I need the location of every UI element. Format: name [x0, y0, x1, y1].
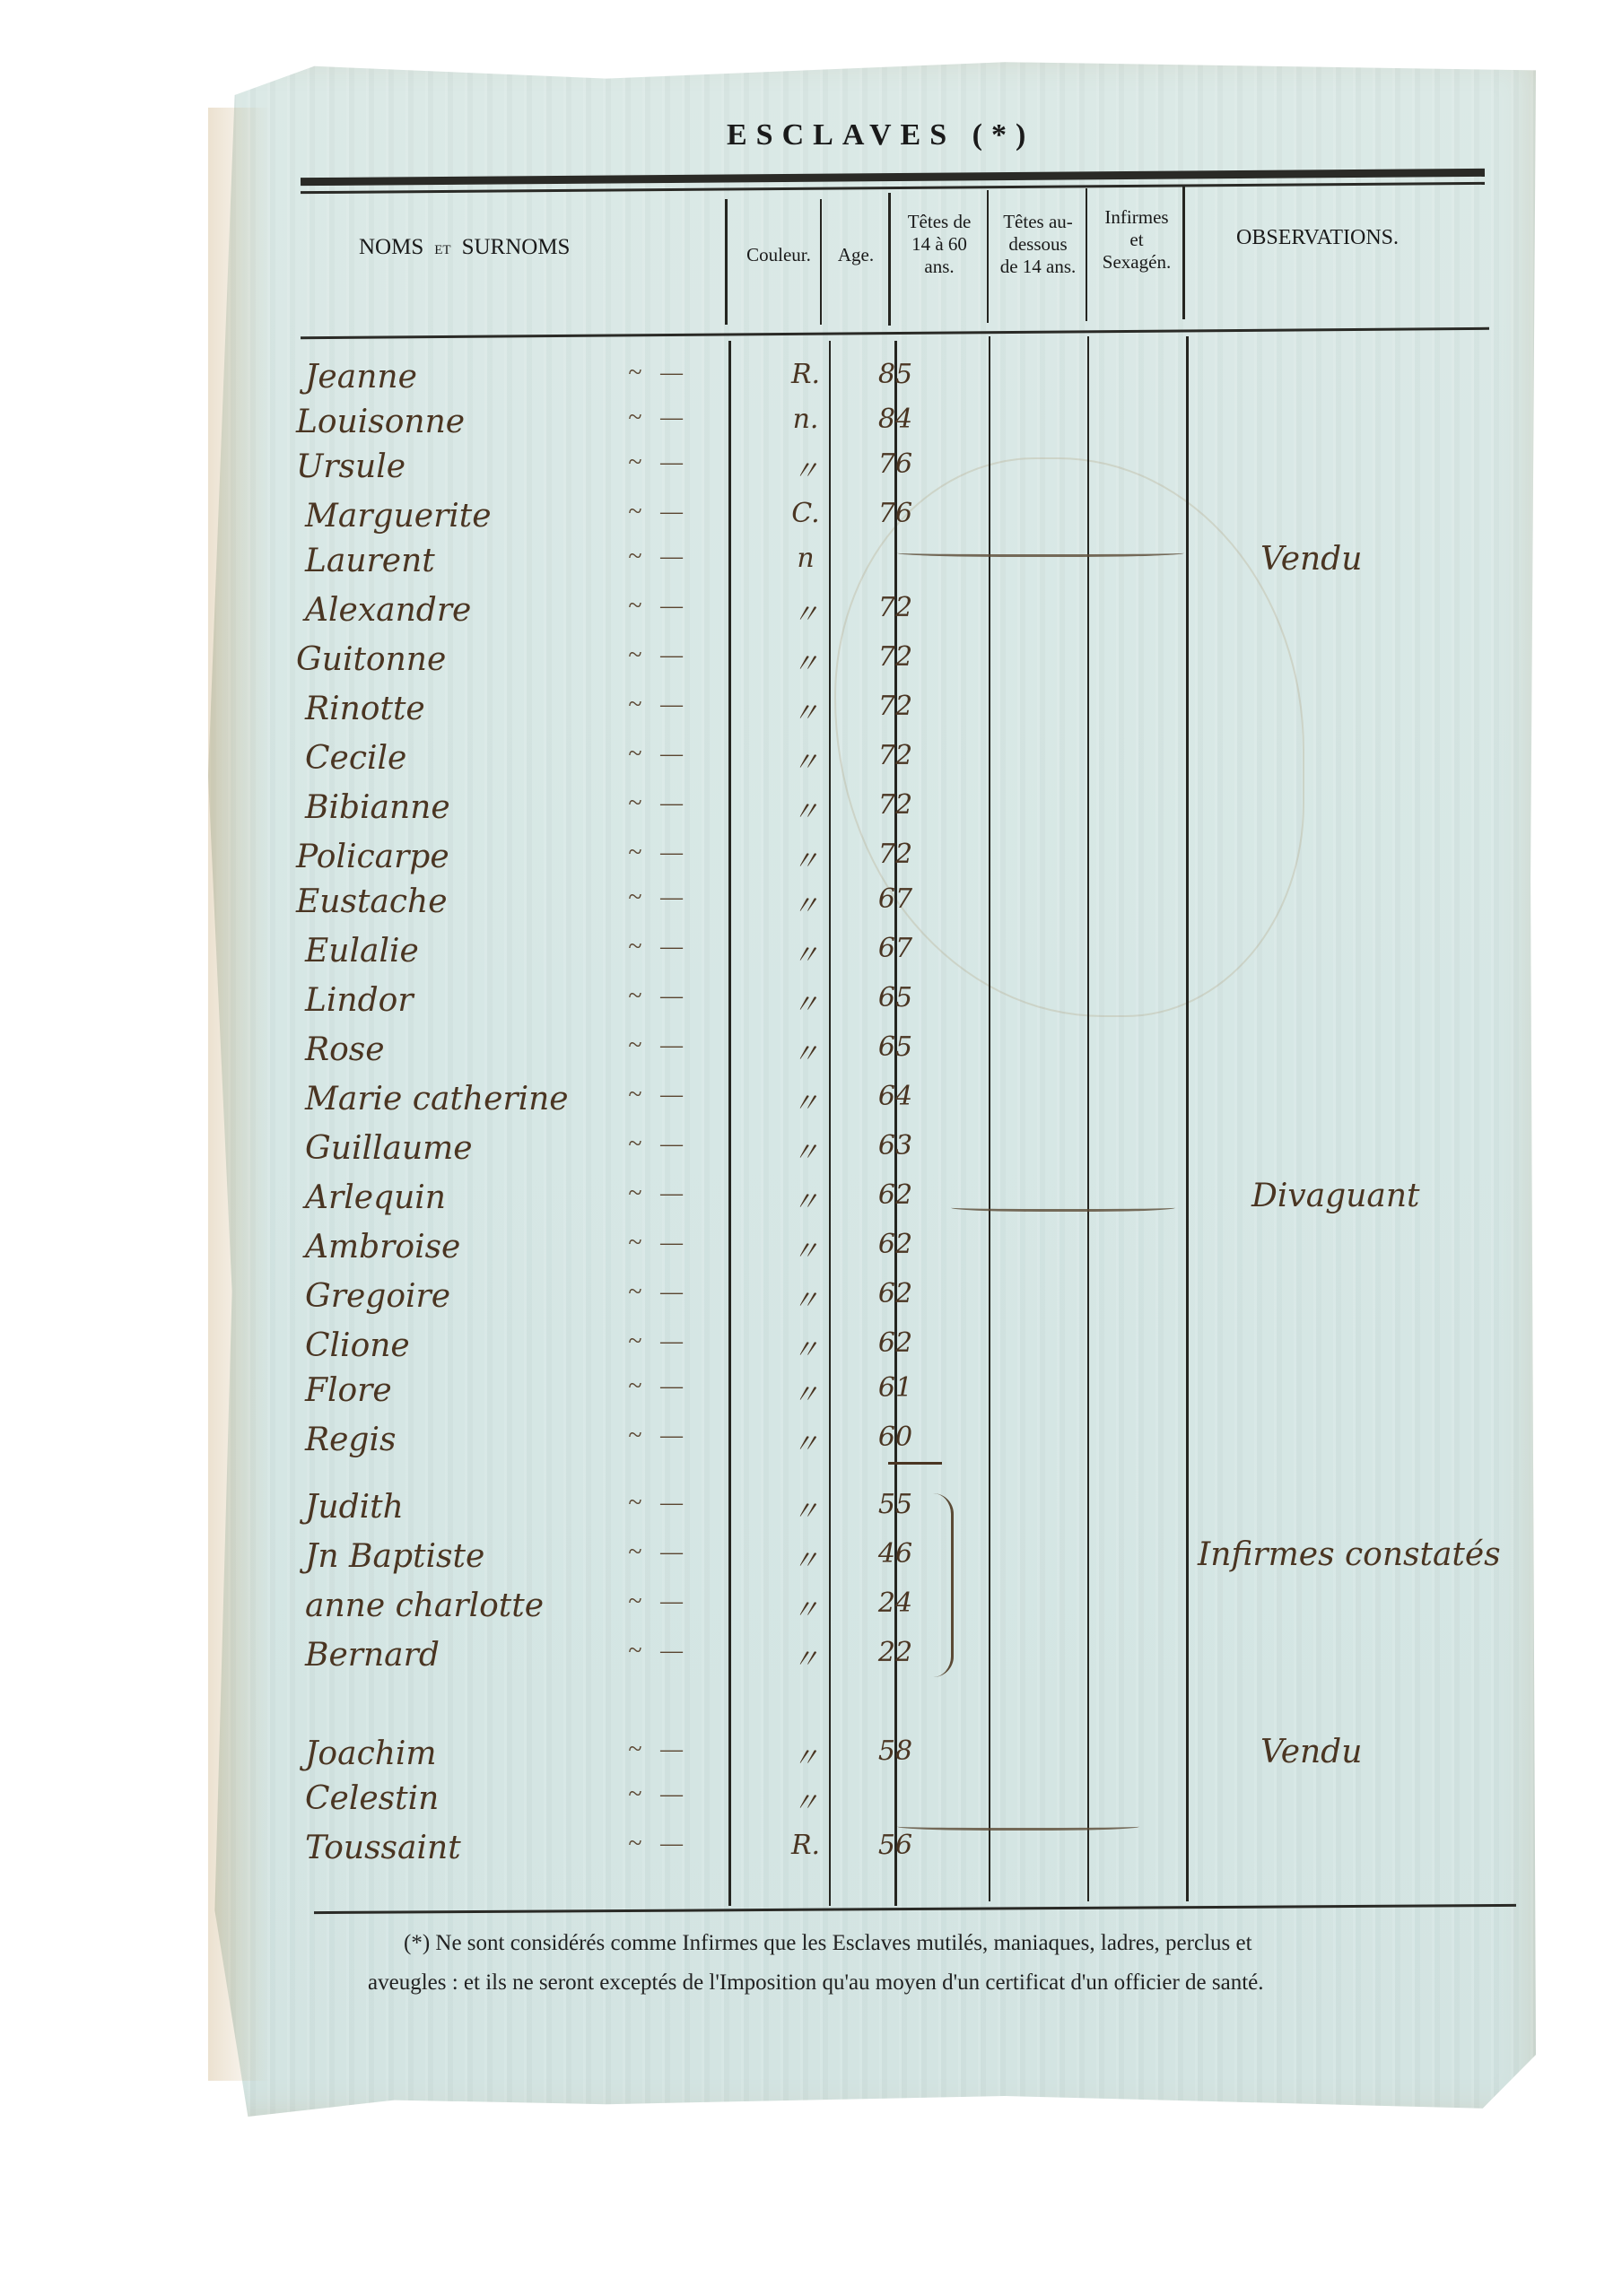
row-name: Cecile	[305, 740, 406, 777]
row-age: 56	[859, 1830, 931, 1861]
row-color: 〃	[770, 1780, 842, 1820]
col-divider	[987, 190, 989, 323]
strike-line	[951, 1202, 1175, 1212]
row-age: 72	[859, 740, 931, 771]
row-color: 〃	[770, 740, 842, 779]
ditto-dash: ~ —	[628, 691, 683, 719]
row-age: 72	[859, 789, 931, 821]
col-divider	[1086, 188, 1087, 321]
ditto-dash: ~ —	[628, 1735, 683, 1764]
row-name: Celestin	[305, 1780, 439, 1817]
row-name: Policarpe	[296, 839, 449, 875]
table-row: Joachim~ —〃58Vendu	[0, 1735, 1622, 1782]
col-divider	[1182, 187, 1185, 319]
strike-line	[897, 1821, 1139, 1831]
row-color: n.	[770, 404, 842, 435]
header-observations: OBSERVATIONS.	[1236, 226, 1399, 250]
table-row: Regis~ —〃60	[0, 1422, 1622, 1468]
table-row: Louisonne~ —n.84	[0, 404, 1622, 450]
row-color: 〃	[770, 592, 842, 631]
row-name: Eulalie	[305, 933, 419, 970]
row-name: Jeanne	[305, 359, 417, 396]
row-name: Arlequin	[305, 1179, 446, 1216]
table-row: Jeanne~ —R.85	[0, 359, 1622, 405]
row-color: 〃	[770, 1229, 842, 1268]
ditto-dash: ~ —	[628, 404, 683, 432]
table-row: Clione~ —〃62	[0, 1327, 1622, 1374]
row-name: Bernard	[305, 1637, 440, 1674]
row-name: Toussaint	[305, 1830, 461, 1866]
subtotal-line	[888, 1462, 942, 1465]
row-name: Ursule	[296, 448, 405, 485]
ditto-dash: ~ —	[628, 1278, 683, 1307]
row-name: Marie catherine	[305, 1081, 569, 1118]
table-row: Flore~ —〃61	[0, 1372, 1622, 1419]
ditto-dash: ~ —	[628, 592, 683, 621]
row-color: 〃	[770, 1637, 842, 1676]
row-color: 〃	[770, 1130, 842, 1170]
row-age: 65	[859, 1031, 931, 1063]
table-row: Jn Baptiste~ —〃46Infirmes constatés	[0, 1538, 1622, 1585]
row-age: 72	[859, 691, 931, 722]
ditto-dash: ~ —	[628, 1081, 683, 1109]
row-age: 72	[859, 641, 931, 673]
row-age: 60	[859, 1422, 931, 1453]
ditto-dash: ~ —	[628, 789, 683, 818]
row-age: 62	[859, 1278, 931, 1309]
row-name: Eustache	[296, 883, 448, 920]
row-color: 〃	[770, 1278, 842, 1318]
row-observation: Vendu	[1260, 541, 1362, 578]
row-color: 〃	[770, 1422, 842, 1461]
row-age: 61	[859, 1372, 931, 1404]
strike-line	[897, 547, 1184, 557]
ditto-dash: ~ —	[628, 982, 683, 1011]
row-name: Rose	[305, 1031, 385, 1068]
row-age: 24	[859, 1587, 931, 1619]
table-row: Celestin~ —〃	[0, 1780, 1622, 1827]
table-row: Rose~ —〃65	[0, 1031, 1622, 1078]
row-name: Joachim	[305, 1735, 437, 1772]
row-color: 〃	[770, 641, 842, 681]
row-name: Clione	[305, 1327, 410, 1364]
row-age: 72	[859, 592, 931, 623]
row-age: 65	[859, 982, 931, 1013]
row-age: 22	[859, 1637, 931, 1668]
row-age: 62	[859, 1327, 931, 1359]
row-color: C.	[770, 498, 842, 529]
ditto-dash: ~ —	[628, 1179, 683, 1208]
row-name: Laurent	[305, 543, 435, 579]
ditto-dash: ~ —	[628, 883, 683, 912]
row-name: Flore	[305, 1372, 392, 1409]
ditto-dash: ~ —	[628, 1780, 683, 1809]
header-age: Age.	[829, 244, 883, 266]
row-age: 62	[859, 1229, 931, 1260]
row-name: Louisonne	[296, 404, 465, 440]
row-age: 46	[859, 1538, 931, 1570]
ditto-dash: ~ —	[628, 498, 683, 526]
row-color: 〃	[770, 1735, 842, 1775]
ditto-dash: ~ —	[628, 1489, 683, 1518]
row-name: Regis	[305, 1422, 396, 1458]
row-color: R.	[770, 1830, 842, 1861]
ditto-dash: ~ —	[628, 1637, 683, 1665]
ditto-dash: ~ —	[628, 1229, 683, 1257]
header-names: NOMSETSURNOMS	[359, 235, 570, 260]
ditto-dash: ~ —	[628, 1130, 683, 1159]
row-observation: Divaguant	[1251, 1178, 1420, 1214]
row-age: 76	[859, 498, 931, 529]
footnote: (*) Ne sont considérés comme Infirmes qu…	[368, 1924, 1534, 2003]
col-divider	[725, 199, 728, 325]
ditto-dash: ~ —	[628, 543, 683, 571]
col-divider	[888, 193, 891, 326]
table-row: Cecile~ —〃72	[0, 740, 1622, 787]
ditto-dash: ~ —	[628, 1587, 683, 1616]
document-title: ESCLAVES (*)	[727, 118, 1034, 152]
row-color: 〃	[770, 1538, 842, 1578]
row-name: Gregoire	[305, 1278, 450, 1315]
row-name: Alexandre	[305, 592, 471, 629]
table-row: Rinotte~ —〃72	[0, 691, 1622, 737]
table-row: Marguerite~ —C.76	[0, 498, 1622, 544]
row-age: 64	[859, 1081, 931, 1112]
header-tetes-under-14: Têtes au- dessous de 14 ans.	[989, 211, 1087, 278]
table-row: Marie catherine~ —〃64	[0, 1081, 1622, 1127]
row-color: 〃	[770, 1031, 842, 1071]
row-age: 63	[859, 1130, 931, 1161]
row-name: Marguerite	[305, 498, 492, 535]
row-color: 〃	[770, 1327, 842, 1367]
grouping-brace	[933, 1493, 954, 1677]
table-row: Policarpe~ —〃72	[0, 839, 1622, 885]
table-row: Toussaint~ —R.56	[0, 1830, 1622, 1876]
table-row: Arlequin~ —〃62Divaguant	[0, 1179, 1622, 1226]
row-age: 62	[859, 1179, 931, 1211]
row-name: Rinotte	[305, 691, 425, 727]
row-age: 72	[859, 839, 931, 870]
row-observation: Infirmes constatés	[1198, 1536, 1501, 1573]
row-color: 〃	[770, 789, 842, 829]
row-name: Ambroise	[305, 1229, 460, 1265]
row-color: 〃	[770, 448, 842, 488]
row-age: 67	[859, 933, 931, 964]
col-divider	[820, 199, 822, 325]
header-couleur: Couleur.	[734, 244, 824, 266]
table-row: Guitonne~ —〃72	[0, 641, 1622, 688]
row-name: Judith	[305, 1489, 404, 1526]
ditto-dash: ~ —	[628, 1830, 683, 1858]
table-row: Gregoire~ —〃62	[0, 1278, 1622, 1325]
row-name: Guillaume	[305, 1130, 473, 1167]
row-color: 〃	[770, 982, 842, 1022]
row-name: Jn Baptiste	[305, 1538, 484, 1575]
table-row: Eulalie~ —〃67	[0, 933, 1622, 979]
header-tetes-14-60: Têtes de 14 à 60 ans.	[890, 211, 989, 278]
ditto-dash: ~ —	[628, 740, 683, 769]
ditto-dash: ~ —	[628, 1372, 683, 1401]
table-row: Eustache~ —〃67	[0, 883, 1622, 930]
row-color: 〃	[770, 1489, 842, 1528]
table-row: Guillaume~ —〃63	[0, 1130, 1622, 1177]
table-row: Ambroise~ —〃62	[0, 1229, 1622, 1275]
table-row: anne charlotte~ —〃24	[0, 1587, 1622, 1634]
table-row: Bernard~ —〃22	[0, 1637, 1622, 1683]
row-age: 55	[859, 1489, 931, 1520]
ditto-dash: ~ —	[628, 1327, 683, 1356]
ditto-dash: ~ —	[628, 1422, 683, 1450]
table-row: Laurent~ —nVendu	[0, 543, 1622, 589]
ditto-dash: ~ —	[628, 359, 683, 387]
row-color: 〃	[770, 1587, 842, 1627]
ditto-dash: ~ —	[628, 641, 683, 670]
row-color: 〃	[770, 1081, 842, 1120]
row-name: Lindor	[305, 982, 414, 1019]
row-color: R.	[770, 359, 842, 390]
table-row: Ursule~ —〃76	[0, 448, 1622, 495]
row-name: Guitonne	[296, 641, 446, 678]
row-observation: Vendu	[1260, 1734, 1362, 1770]
table-row: Alexandre~ —〃72	[0, 592, 1622, 639]
ditto-dash: ~ —	[628, 839, 683, 867]
ditto-dash: ~ —	[628, 1031, 683, 1060]
row-age: 84	[859, 404, 931, 435]
table-row: Lindor~ —〃65	[0, 982, 1622, 1029]
row-color: 〃	[770, 933, 842, 972]
row-color: n	[770, 543, 842, 574]
table-row: Bibianne~ —〃72	[0, 789, 1622, 836]
ditto-dash: ~ —	[628, 1538, 683, 1567]
ditto-dash: ~ —	[628, 933, 683, 961]
row-color: 〃	[770, 691, 842, 730]
row-color: 〃	[770, 883, 842, 923]
row-age: 67	[859, 883, 931, 915]
row-name: Bibianne	[305, 789, 450, 826]
row-age: 76	[859, 448, 931, 480]
ditto-dash: ~ —	[628, 448, 683, 477]
row-age: 85	[859, 359, 931, 390]
row-color: 〃	[770, 1179, 842, 1219]
row-age: 58	[859, 1735, 931, 1767]
header-infirmes: Infirmes et Sexagén.	[1087, 206, 1186, 274]
table-row: Judith~ —〃55	[0, 1489, 1622, 1535]
row-name: anne charlotte	[305, 1587, 544, 1624]
row-color: 〃	[770, 839, 842, 878]
row-color: 〃	[770, 1372, 842, 1412]
